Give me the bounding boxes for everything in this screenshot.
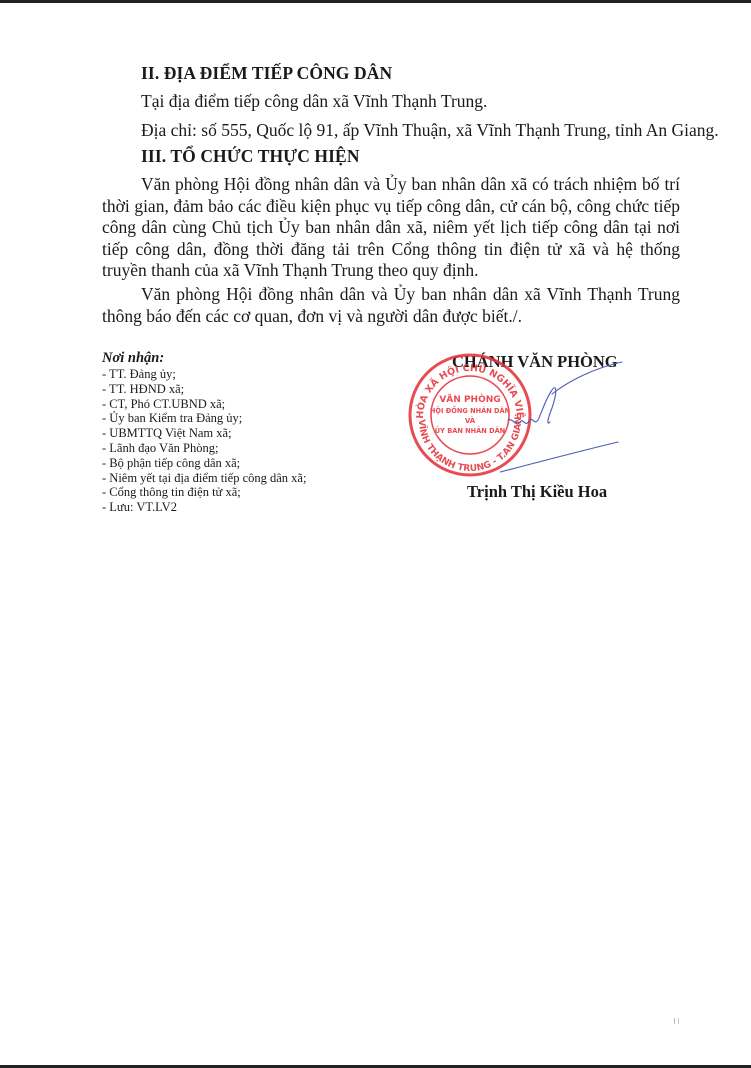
section-2-address: Địa chỉ: số 555, Quốc lộ 91, ấp Vĩnh Thu… (141, 120, 719, 141)
svg-text:ỦY BAN NHÂN DÂN: ỦY BAN NHÂN DÂN (435, 425, 505, 435)
scan-artifact (674, 1018, 679, 1024)
recipients-title: Nơi nhận: (102, 350, 306, 367)
recipients-block: Nơi nhận: - TT. Đảng ủy; - TT. HĐND xã; … (102, 350, 306, 515)
section-3-heading: III. TỔ CHỨC THỰC HIỆN (141, 146, 360, 167)
section-2-location: Tại địa điểm tiếp công dân xã Vĩnh Thạnh… (141, 91, 487, 112)
recipient-item: - Niêm yết tại địa điểm tiếp công dân xã… (102, 471, 306, 486)
section-2-heading: II. ĐỊA ĐIỂM TIẾP CÔNG DÂN (141, 63, 392, 84)
recipient-item: - Cổng thông tin điện tử xã; (102, 485, 306, 500)
page-border-top (0, 0, 751, 3)
recipient-item: - UBMTTQ Việt Nam xã; (102, 426, 306, 441)
recipient-item: - TT. Đảng ủy; (102, 367, 306, 382)
recipient-item: - Bộ phận tiếp công dân xã; (102, 456, 306, 471)
handwritten-signature (500, 360, 640, 500)
recipient-item: - Lãnh đạo Văn Phòng; (102, 441, 306, 456)
recipient-item: - TT. HĐND xã; (102, 382, 306, 397)
recipient-item: - Ủy ban Kiểm tra Đảng ủy; (102, 411, 306, 426)
section-3-paragraph-1: Văn phòng Hội đồng nhân dân và Ủy ban nh… (102, 174, 680, 282)
signer-name: Trịnh Thị Kiều Hoa (467, 482, 607, 502)
svg-text:HỘI ĐỒNG NHÂN DÂN: HỘI ĐỒNG NHÂN DÂN (430, 405, 510, 415)
recipient-item: - Lưu: VT.LV2 (102, 500, 306, 515)
section-3-paragraph-2: Văn phòng Hội đồng nhân dân và Ủy ban nh… (102, 284, 680, 327)
recipient-item: - CT, Phó CT.UBND xã; (102, 397, 306, 412)
svg-text:VÀ: VÀ (465, 416, 476, 425)
svg-text:VĂN PHÒNG: VĂN PHÒNG (439, 393, 500, 405)
